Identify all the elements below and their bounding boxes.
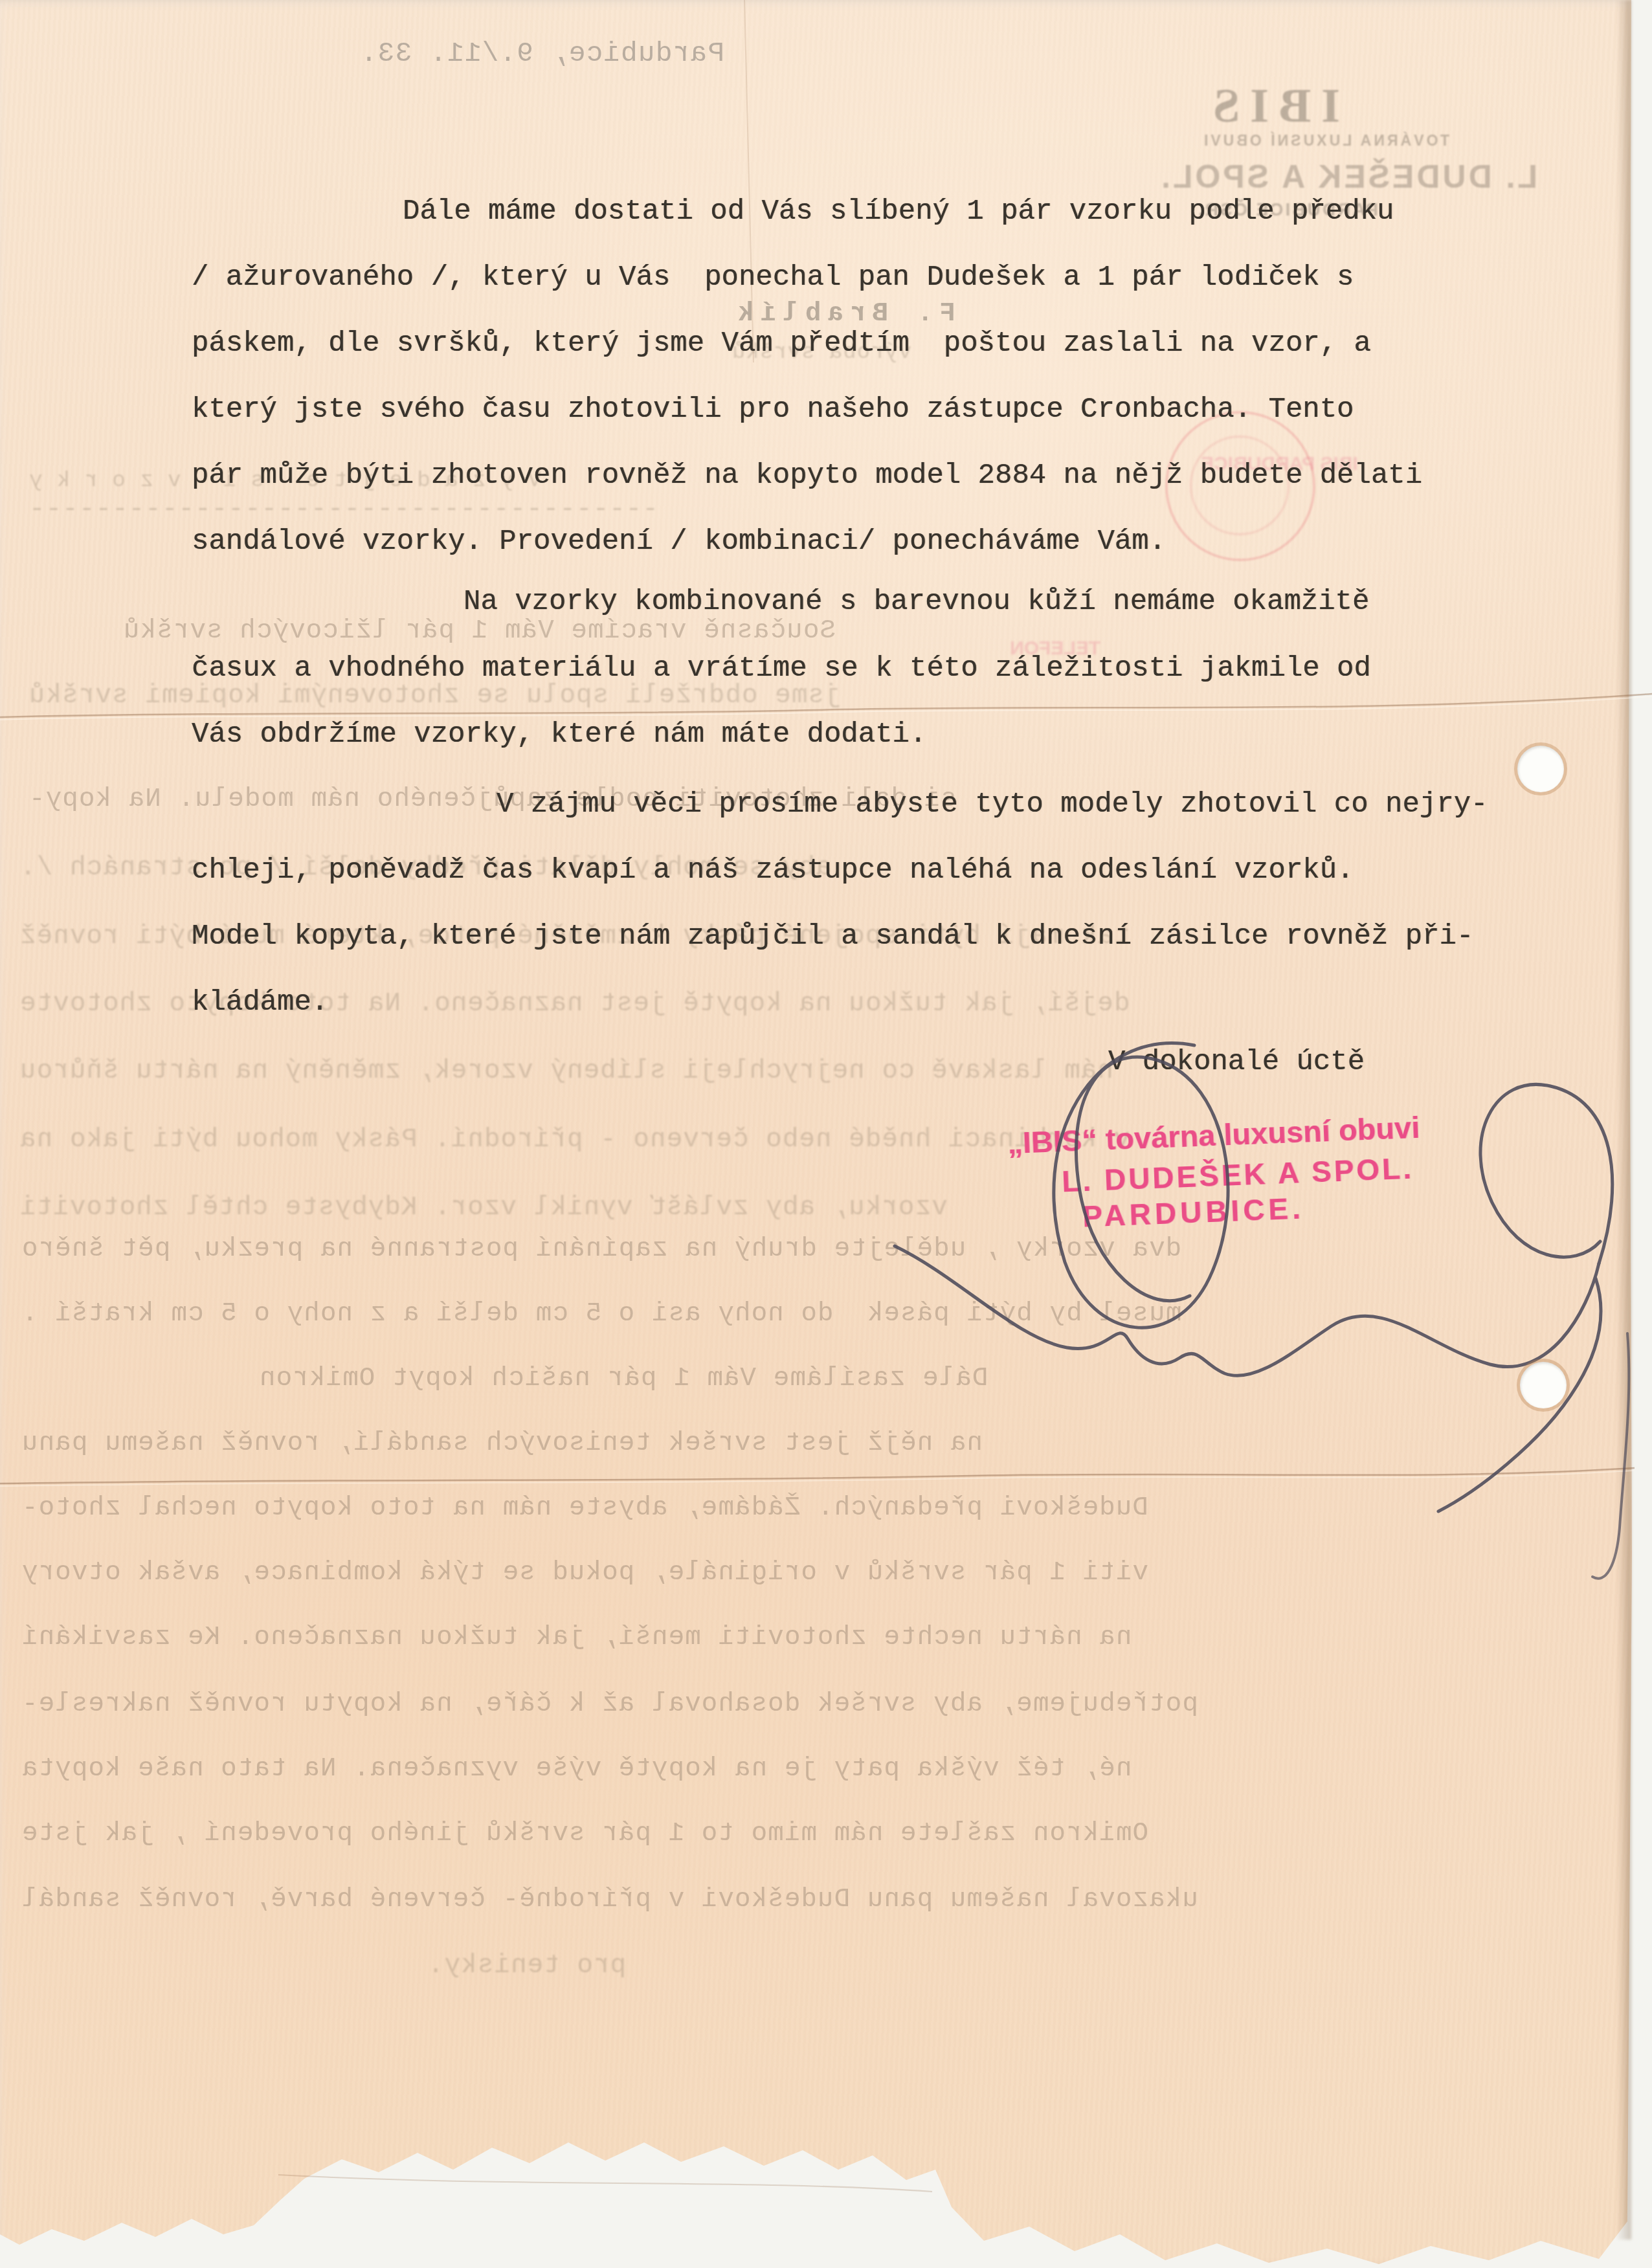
signature: [0, 0, 1652, 2268]
punch-hole-bottom: [1520, 1362, 1567, 1408]
scanned-letter: Pardubice, 9./11. 33. IBIS TOVÁRNA LUXUS…: [0, 0, 1652, 2268]
punch-hole-top: [1517, 746, 1564, 792]
